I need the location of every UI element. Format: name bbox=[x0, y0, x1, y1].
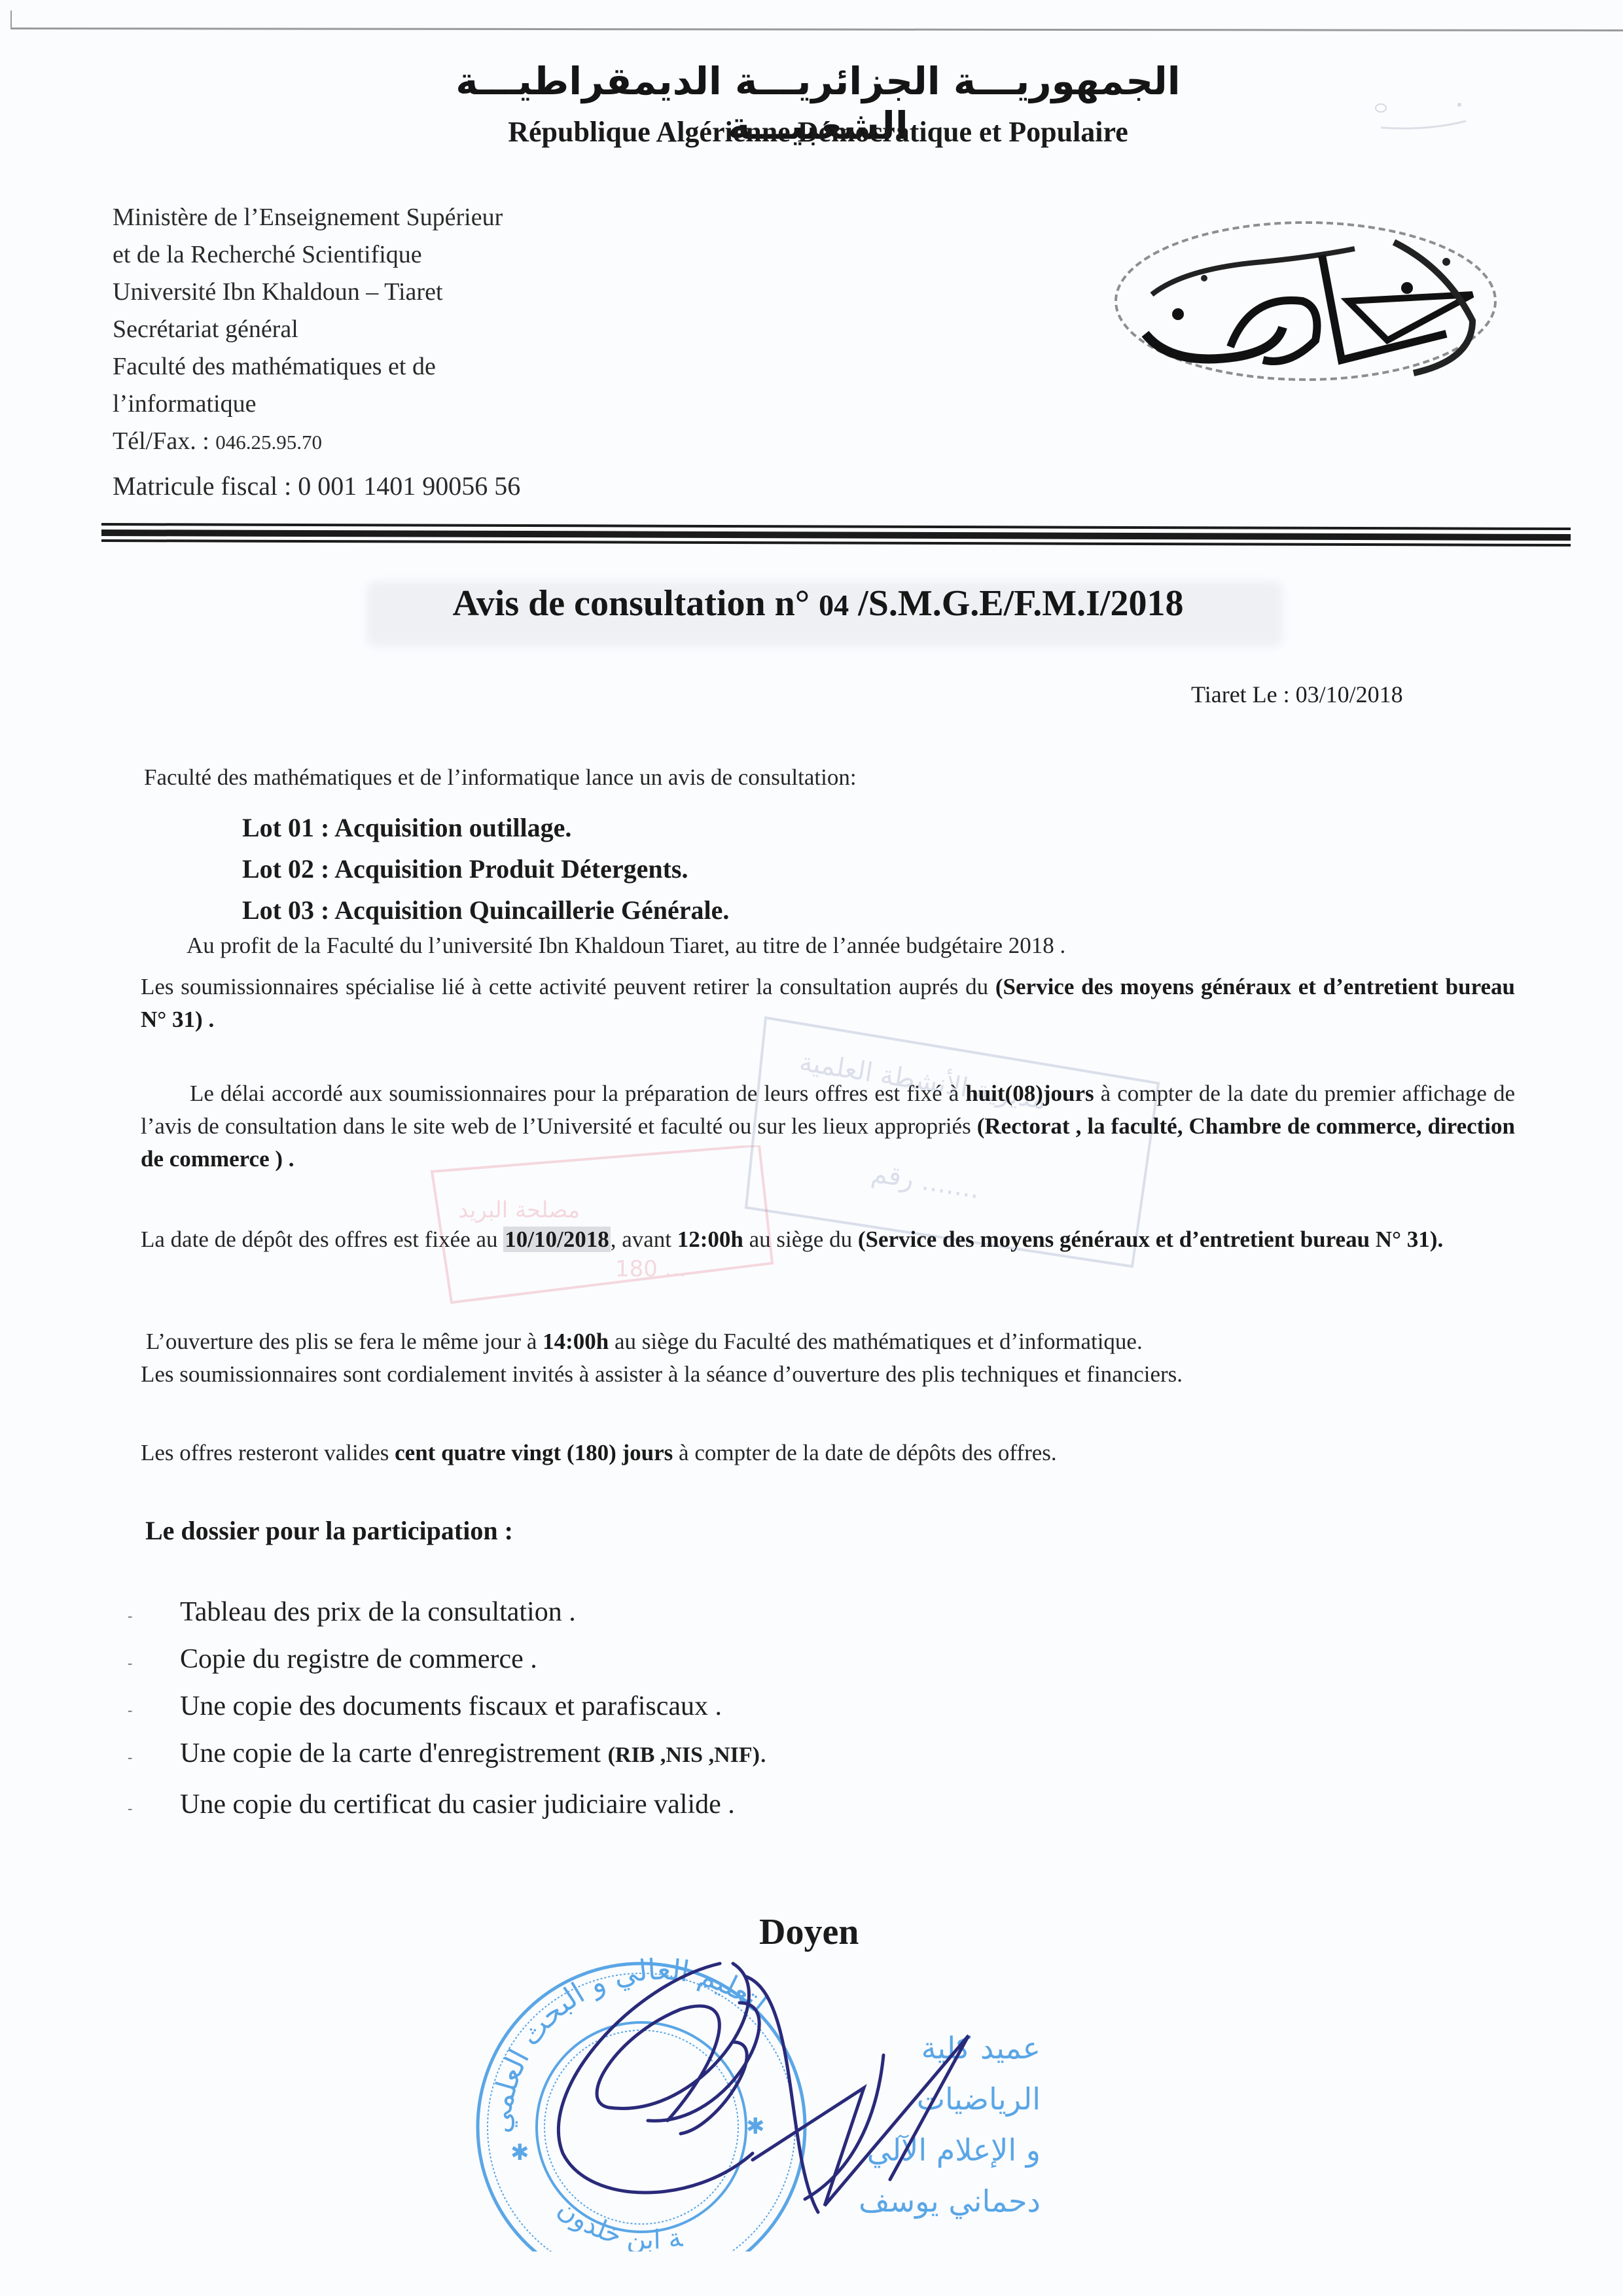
svg-text:✱: ✱ bbox=[510, 2141, 529, 2165]
retrieval-paragraph: Les soumissionnaires spécialise lié à ce… bbox=[141, 971, 1515, 1036]
svg-text:180 ...: 180 ... bbox=[615, 1256, 686, 1282]
dossier-heading: Le dossier pour la participation : bbox=[145, 1515, 513, 1546]
dossier-item: -Une copie des documents fiscaux et para… bbox=[128, 1685, 766, 1732]
profit-paragraph: Au profit de la Faculté du l’université … bbox=[187, 929, 1065, 962]
dossier-item: -Une copie du certificat du casier judic… bbox=[128, 1783, 766, 1830]
deposit-date: 10/10/2018 bbox=[503, 1227, 610, 1252]
deadline-paragraph: Le délai accordé aux soumissionnaires po… bbox=[141, 1077, 1515, 1175]
institution-block: Ministère de l’Enseignement Supérieur et… bbox=[113, 199, 520, 505]
deadline-days: huit(08)jours bbox=[965, 1081, 1094, 1106]
deposit-time: 12:00h bbox=[677, 1227, 743, 1252]
validity-paragraph: Les offres resteront valides cent quatre… bbox=[141, 1437, 1057, 1469]
intro-paragraph: Faculté des mathématiques et de l’inform… bbox=[144, 761, 857, 794]
opening-paragraph: L’ouverture des plis se fera le même jou… bbox=[141, 1325, 1515, 1391]
institution-line: Université Ibn Khaldoun – Tiaret bbox=[113, 274, 520, 311]
scan-edge-line bbox=[10, 27, 1623, 31]
bullet-icon: - bbox=[128, 1786, 180, 1830]
tel-fax: Tél/Fax. : 046.25.95.70 bbox=[113, 423, 520, 461]
handwritten-signature-icon bbox=[537, 1957, 995, 2251]
institution-line: Ministère de l’Enseignement Supérieur bbox=[113, 199, 520, 236]
lot-item: Lot 03 : Acquisition Quincaillerie Génér… bbox=[242, 889, 729, 931]
institution-line: Secrétariat général bbox=[113, 311, 520, 348]
republic-title: République Algérienne Démocratique et Po… bbox=[393, 115, 1243, 149]
dossier-item: -Copie du registre de commerce . bbox=[128, 1638, 766, 1685]
bullet-icon: - bbox=[128, 1594, 180, 1638]
invitation-line: Les soumissionnaires sont cordialement i… bbox=[141, 1358, 1515, 1391]
bullet-icon: - bbox=[128, 1641, 180, 1685]
university-calligraphy-logo-icon bbox=[1106, 216, 1505, 386]
opening-time: 14:00h bbox=[543, 1329, 609, 1354]
lots-list: Lot 01 : Acquisition outillage. Lot 02 :… bbox=[242, 807, 729, 931]
lot-item: Lot 01 : Acquisition outillage. bbox=[242, 807, 729, 848]
institution-line: Faculté des mathématiques et de bbox=[113, 348, 520, 386]
scan-smudge bbox=[1368, 92, 1486, 137]
tel-value: 046.25.95.70 bbox=[215, 431, 322, 454]
deposit-paragraph: La date de dépôt des offres est fixée au… bbox=[141, 1223, 1515, 1256]
notice-number: 04 bbox=[819, 588, 849, 622]
svg-text:مصلحة البريد: مصلحة البريد bbox=[458, 1197, 580, 1223]
institution-line: et de la Recherché Scientifique bbox=[113, 236, 520, 274]
scan-edge bbox=[10, 10, 12, 29]
lot-item: Lot 02 : Acquisition Produit Détergents. bbox=[242, 848, 729, 889]
dossier-item: -Une copie de la carte d'enregistrement … bbox=[128, 1732, 766, 1779]
matricule-fiscal: Matricule fiscal : 0 001 1401 90056 56 bbox=[113, 467, 520, 505]
dossier-list: -Tableau des prix de la consultation . -… bbox=[128, 1590, 766, 1830]
header-separator bbox=[101, 520, 1571, 547]
notice-title: Avis de consultation n° 04 /S.M.G.E/F.M.… bbox=[327, 583, 1309, 624]
notice-date: Tiaret Le : 03/10/2018 bbox=[1191, 681, 1403, 708]
bullet-icon: - bbox=[128, 1688, 180, 1732]
dossier-item: -Tableau des prix de la consultation . bbox=[128, 1590, 766, 1638]
bullet-icon: - bbox=[128, 1735, 180, 1779]
validity-period: cent quatre vingt (180) jours bbox=[395, 1440, 673, 1465]
tel-label: Tél/Fax. : bbox=[113, 427, 215, 455]
deposit-location: (Service des moyens généraux et d’entret… bbox=[858, 1227, 1443, 1252]
institution-line: l’informatique bbox=[113, 386, 520, 423]
